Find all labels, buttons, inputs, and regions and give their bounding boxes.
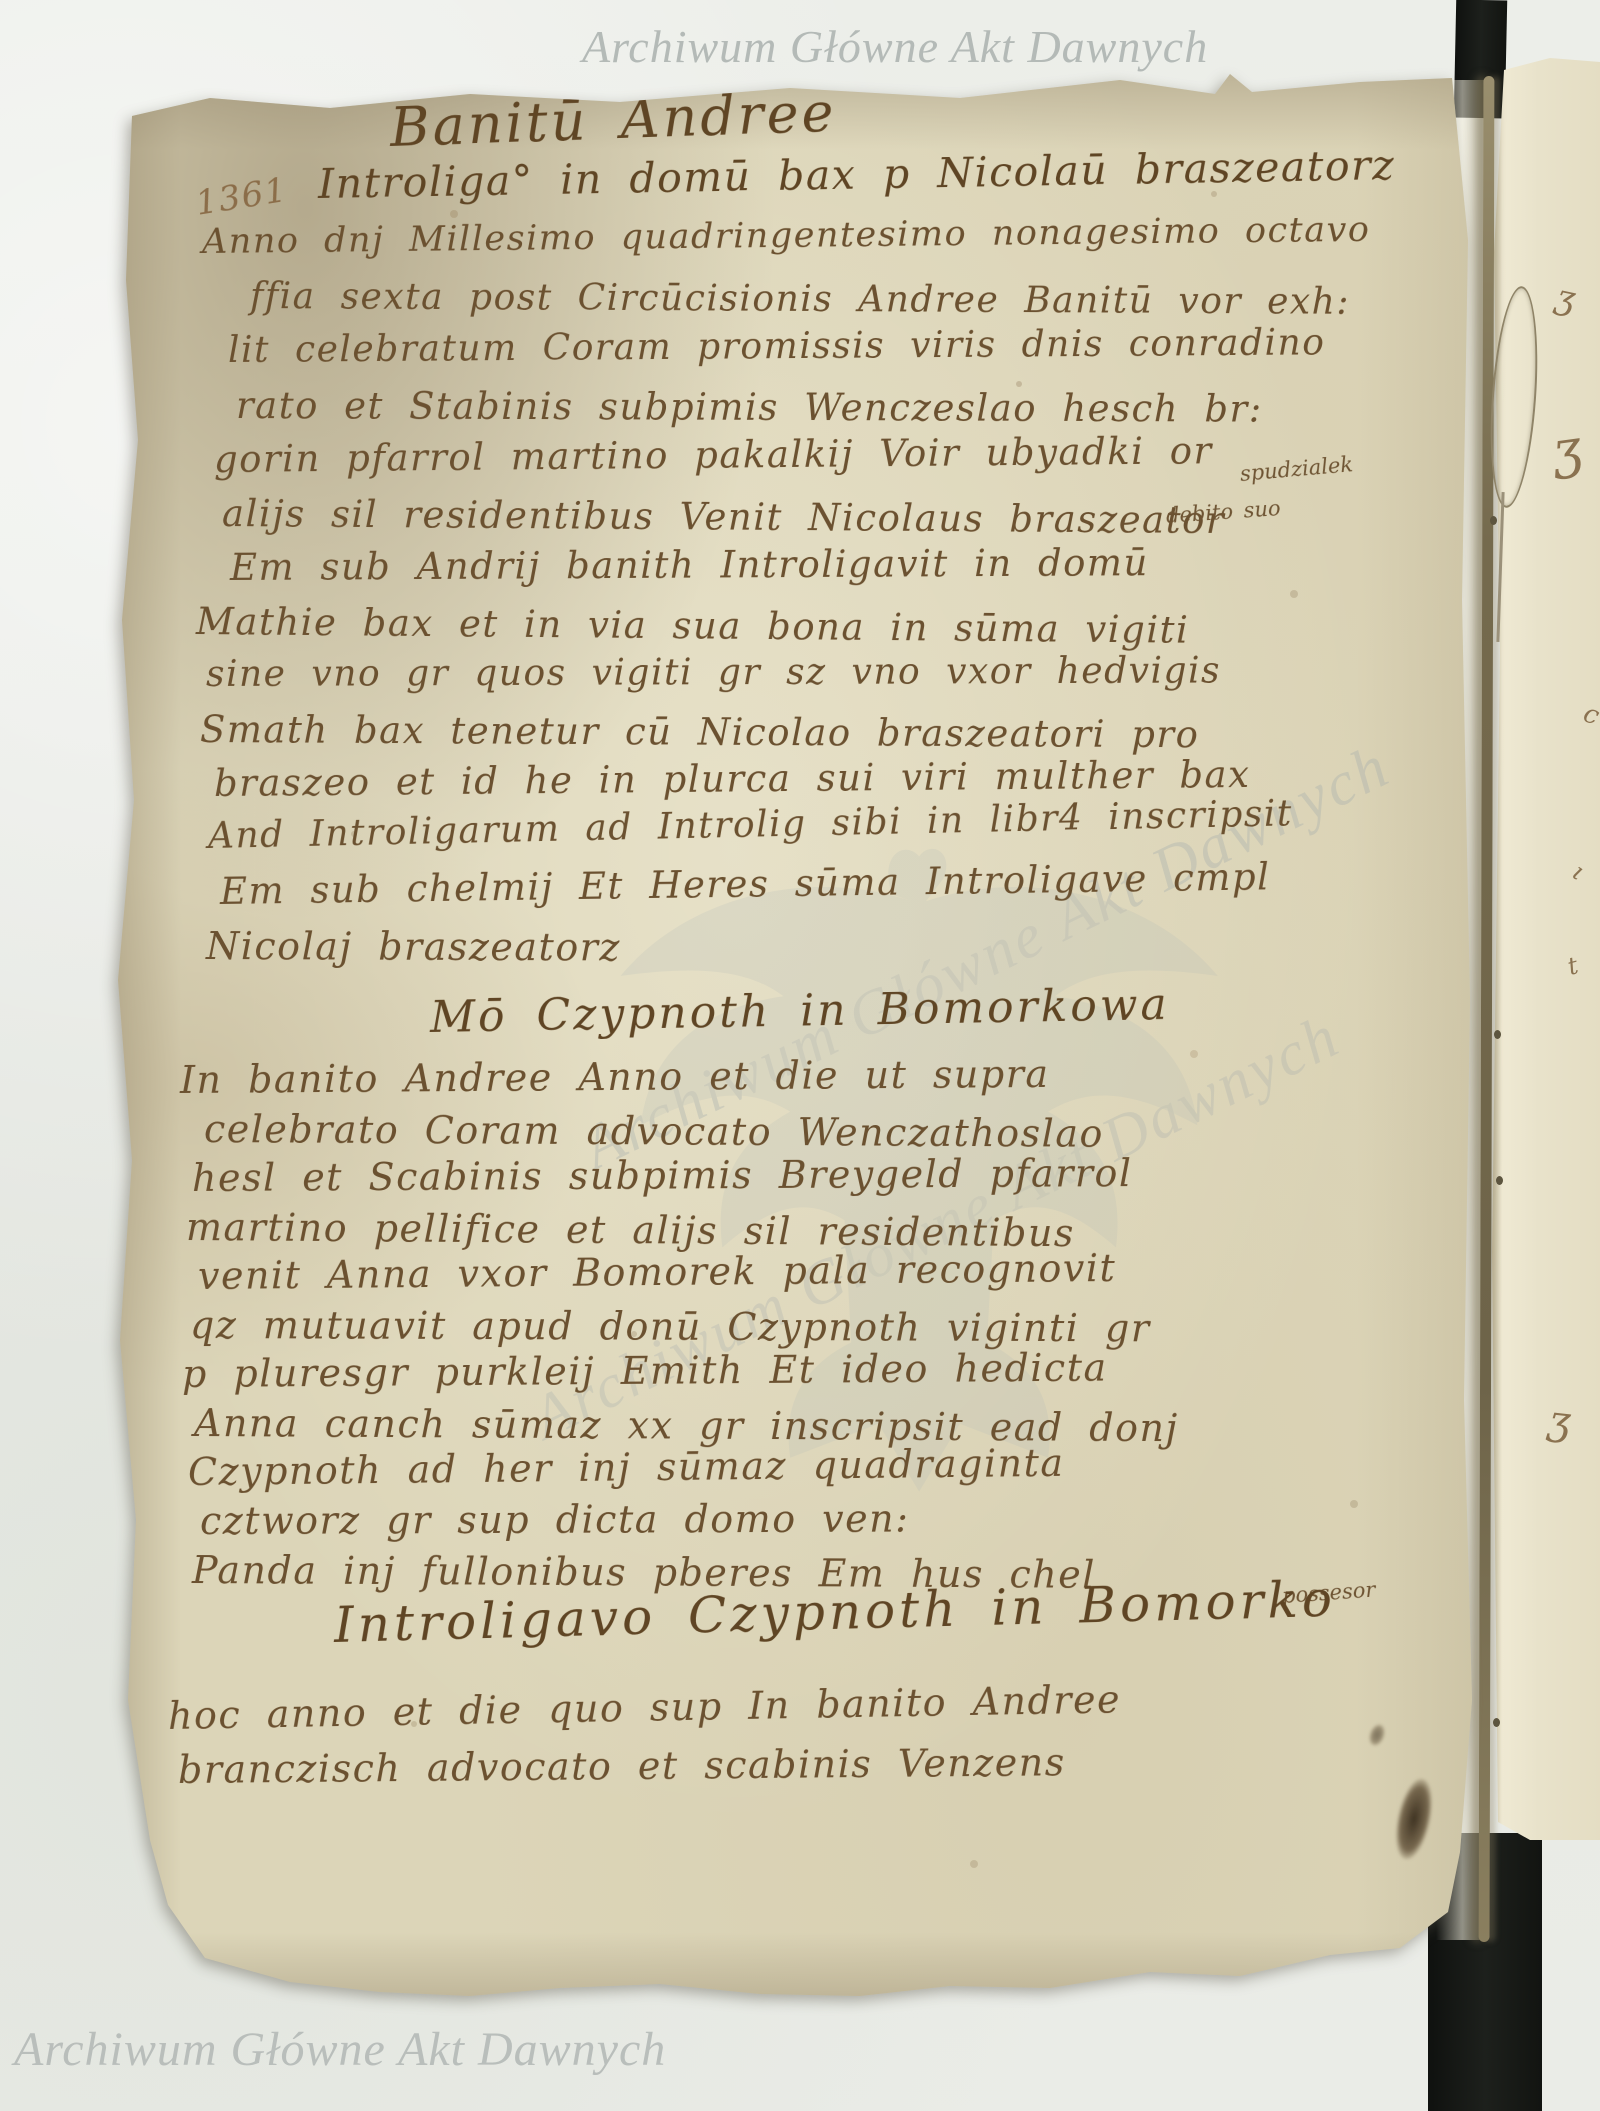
manuscript-line: alijs sil residentibus Venit Nicolaus br… <box>222 492 1225 542</box>
manuscript-line: rato et Stabinis subpimis Wenczeslao hes… <box>236 384 1263 431</box>
manuscript-line: gorin pfarrol martino pakalkij Voir ubya… <box>214 429 1213 481</box>
manuscript-line: ffia sexta post Circūcisionis Andree Ban… <box>250 276 1350 323</box>
facing-page-ink-mark: ʒ <box>1546 1397 1573 1445</box>
manuscript-page: Archiwum Główne Akt Dawnych Archiwum Głó… <box>112 72 1494 2010</box>
thread-knot <box>1494 1030 1501 1039</box>
manuscript-line: hesl et Scabinis subpimis Breygeld pfarr… <box>192 1151 1133 1200</box>
manuscript-line: lit celebratum Coram promissis viris dni… <box>228 322 1326 371</box>
thread-knot <box>1496 1176 1503 1185</box>
manuscript-line: sine vno gr quos vigiti gr sz vno vxor h… <box>206 650 1221 695</box>
manuscript-line: cztworz gr sup dicta domo ven: <box>200 1497 910 1543</box>
archive-watermark-bottom: Archiwum Główne Akt Dawnych <box>14 2022 666 2077</box>
manuscript-line: In banito Andree Anno et die ut supra <box>180 1052 1050 1102</box>
manuscript-line: branczisch advocato et scabinis Venzens <box>178 1740 1066 1792</box>
thread-knot <box>1493 1718 1500 1727</box>
manuscript-line: Czypnoth ad her inj sūmaz quadraginta <box>188 1441 1065 1494</box>
archive-watermark-top: Archiwum Główne Akt Dawnych <box>582 20 1208 73</box>
paper-specks <box>112 72 116 76</box>
manuscript-line: Em sub Andrij banith Introligavit in dom… <box>230 541 1149 589</box>
manuscript-line: Mathie bax et in via sua bona in sūma vi… <box>196 600 1190 652</box>
manuscript-line: Smath bax tenetur cū Nicolao braszeatori… <box>200 708 1200 756</box>
manuscript-line: celebrato Coram advocato Wenczathoslao <box>204 1107 1104 1156</box>
manuscript-line: Nicolaj braszeatorz <box>206 924 621 969</box>
manuscript-line: venit Anna vxor Bomorek pala recognovit <box>198 1246 1117 1298</box>
manuscript-line: qz mutuavit apud donū Czypnoth viginti g… <box>190 1303 1151 1350</box>
manuscript-line: p pluresgr purkleij Emith Et ideo hedict… <box>182 1346 1108 1396</box>
parchment: Archiwum Główne Akt Dawnych Archiwum Głó… <box>112 72 1494 2010</box>
